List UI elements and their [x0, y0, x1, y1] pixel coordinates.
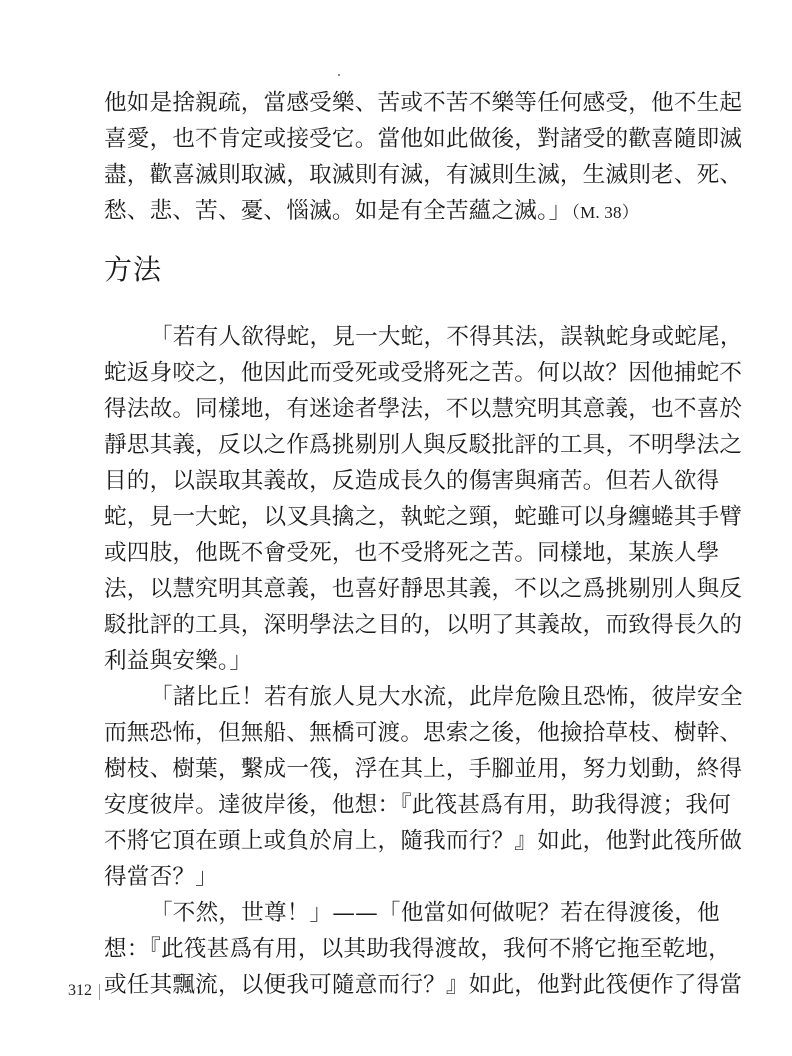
paragraph-snake-simile: 「若有人欲得蛇，見一大蛇，不得其法，誤執蛇身或蛇尾， 蛇返身咬之，他因此而受死或… [104, 319, 696, 679]
text-line: 盡，歡喜滅則取滅，取滅則有滅，有滅則生滅，生滅則老、死、 [104, 157, 696, 193]
folio-divider [99, 984, 100, 1000]
page-number: 312 [68, 982, 92, 1000]
section-heading: 方法 [104, 250, 162, 290]
text-line: 得當否？」 [104, 859, 696, 895]
text-line: 樹枝、樹葉，繫成一筏，浮在其上，手腳並用，努力划動，終得 [104, 751, 696, 787]
text-line: 或四肢，他既不會受死，也不受將死之苦。同樣地，某族人學 [104, 535, 696, 571]
book-page: 他如是捨親疏，當感受樂、苦或不苦不樂等任何感受，他不生起 喜愛，也不肯定或接受它… [0, 0, 792, 1056]
print-speck [338, 74, 340, 76]
paragraph-raft-answer: 「不然，世尊！」——「他當如何做呢？若在得渡後，他 想：『此筏甚爲有用，以其助我… [104, 895, 696, 1003]
text-line: 喜愛，也不肯定或接受它。當他如此做後，對諸受的歡喜隨即滅 [104, 121, 696, 157]
text-line: 安度彼岸。達彼岸後，他想：『此筏甚爲有用，助我得渡；我何 [104, 787, 696, 823]
paragraph-raft-simile: 「諸比丘！若有旅人見大水流，此岸危險且恐怖，彼岸安全 而無恐怖，但無船、無橋可渡… [104, 679, 696, 895]
top-paragraph: 他如是捨親疏，當感受樂、苦或不苦不樂等任何感受，他不生起 喜愛，也不肯定或接受它… [104, 85, 696, 229]
text-line: 蛇，見一大蛇，以叉具擒之，執蛇之頸，蛇雖可以身纏蜷其手臂 [104, 499, 696, 535]
text-line-content: 愁、悲、苦、憂、惱滅。如是有全苦蘊之滅。」 [104, 198, 571, 224]
text-line: 駁批評的工具，深明學法之目的，以明了其義故，而致得長久的 [104, 607, 696, 643]
text-line: 「若有人欲得蛇，見一大蛇，不得其法，誤執蛇身或蛇尾， [104, 319, 696, 355]
text-line: 「不然，世尊！」——「他當如何做呢？若在得渡後，他 [104, 895, 696, 931]
text-line: 他如是捨親疏，當感受樂、苦或不苦不樂等任何感受，他不生起 [104, 85, 696, 121]
text-line: 「諸比丘！若有旅人見大水流，此岸危險且恐怖，彼岸安全 [104, 679, 696, 715]
text-line: 法，以慧究明其意義，也喜好靜思其義，不以之爲挑剔別人與反 [104, 571, 696, 607]
text-line: 愁、悲、苦、憂、惱滅。如是有全苦蘊之滅。」（M. 38） [104, 193, 696, 229]
text-line: 而無恐怖，但無船、無橋可渡。思索之後，他撿拾草枝、樹幹、 [104, 715, 696, 751]
text-line: 蛇返身咬之，他因此而受死或受將死之苦。何以故？因他捕蛇不 [104, 355, 696, 391]
text-line: 目的，以誤取其義故，反造成長久的傷害與痛苦。但若人欲得 [104, 463, 696, 499]
citation: （M. 38） [571, 203, 639, 222]
text-line: 不將它頂在頭上或負於肩上，隨我而行？』如此，他對此筏所做 [104, 823, 696, 859]
text-line: 想：『此筏甚爲有用，以其助我得渡故，我何不將它拖至乾地， [104, 931, 696, 967]
text-line: 利益與安樂。」 [104, 643, 696, 679]
text-line: 得法故。同樣地，有迷途者學法，不以慧究明其意義，也不喜於 [104, 391, 696, 427]
text-line: 或任其飄流，以便我可隨意而行？』如此，他對此筏便作了得當 [104, 967, 696, 1003]
text-line: 靜思其義，反以之作爲挑剔別人與反駁批評的工具，不明學法之 [104, 427, 696, 463]
